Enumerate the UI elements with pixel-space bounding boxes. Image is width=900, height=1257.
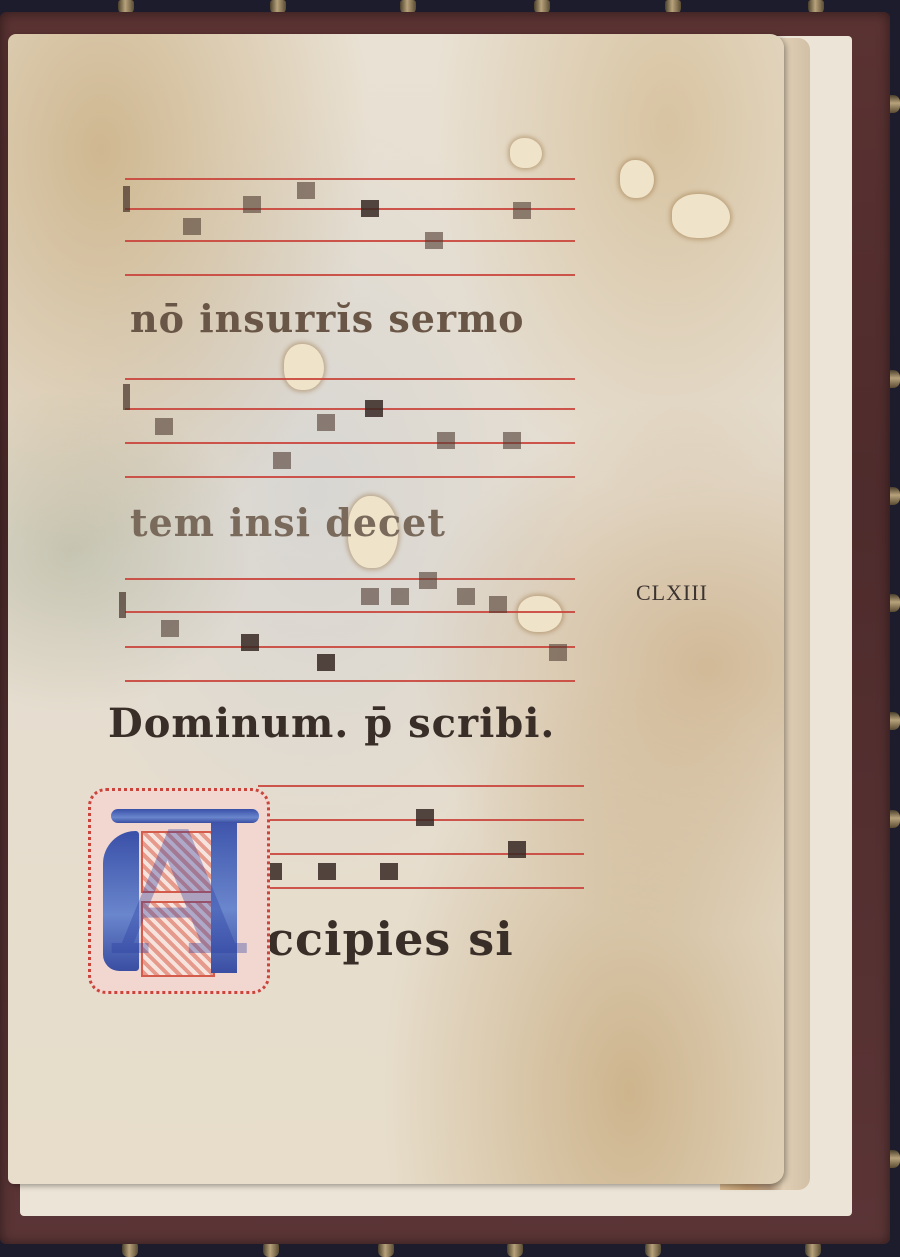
parchment-hole <box>672 194 730 238</box>
music-staff-3 <box>125 578 575 678</box>
lyric-line-1: nō insurrĭs sermo <box>130 296 525 341</box>
binding-peg <box>263 1243 279 1257</box>
lyric-line-4: ccipies si <box>266 912 514 966</box>
illuminated-initial: A <box>88 788 270 994</box>
binding-peg <box>645 1243 661 1257</box>
music-staff-2 <box>125 378 575 478</box>
binding-peg <box>507 1243 523 1257</box>
binding-peg <box>378 1243 394 1257</box>
initial-letter: A <box>113 809 245 979</box>
binding-peg <box>122 1243 138 1257</box>
music-staff-1 <box>125 178 575 278</box>
parchment-hole <box>620 160 654 198</box>
binding-peg <box>805 1243 821 1257</box>
folio-number: CLXIII <box>636 580 708 606</box>
parchment-hole <box>510 138 542 168</box>
lyric-line-3: Dominum. p̄ scribi. <box>108 700 555 747</box>
music-staff-4 <box>258 785 584 885</box>
lyric-line-2: tem insi decet <box>130 500 446 545</box>
